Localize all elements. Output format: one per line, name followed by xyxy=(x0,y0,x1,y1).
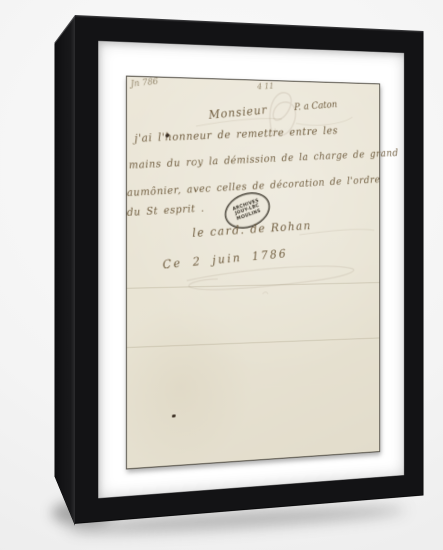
manuscript-paper: Jn 786 4 11 Monsieur P. a Caton j'ai l'h… xyxy=(126,76,380,470)
salutation-underline xyxy=(196,117,282,128)
ink-spot xyxy=(172,414,175,417)
mat-board: Jn 786 4 11 Monsieur P. a Caton j'ai l'h… xyxy=(98,41,404,498)
frame-front: Jn 786 4 11 Monsieur P. a Caton j'ai l'h… xyxy=(75,15,424,524)
note-underline xyxy=(296,116,353,126)
frame-side-panel xyxy=(54,15,75,526)
date-flourish xyxy=(187,265,354,290)
paraph-flourish xyxy=(270,92,296,136)
date-flourish-tick xyxy=(263,292,268,294)
ink-spot xyxy=(165,133,169,136)
signature-tail xyxy=(299,229,374,235)
picture-frame: Jn 786 4 11 Monsieur P. a Caton j'ai l'h… xyxy=(75,15,424,523)
product-photo: Jn 786 4 11 Monsieur P. a Caton j'ai l'h… xyxy=(0,0,443,550)
